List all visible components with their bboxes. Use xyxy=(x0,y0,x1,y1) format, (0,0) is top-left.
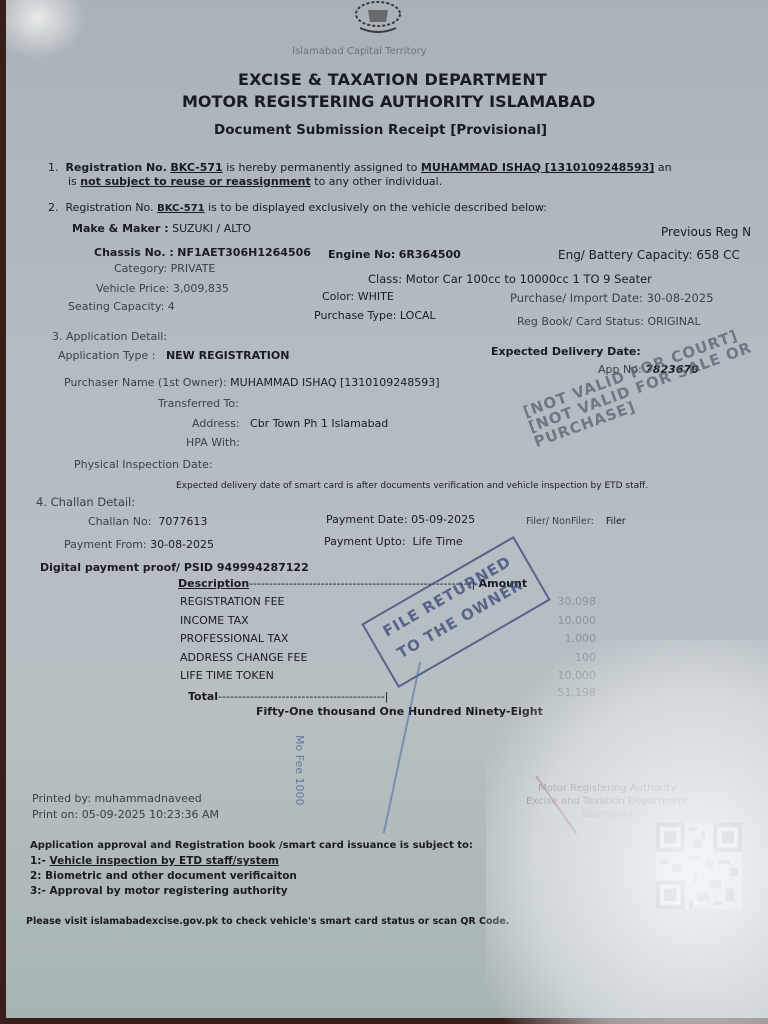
fee-description: LIFE TIME TOKEN xyxy=(180,669,274,682)
value: Cbr Town Ph 1 Islamabad xyxy=(250,417,388,430)
authority-title: MOTOR REGISTERING AUTHORITY ISLAMABAD xyxy=(182,92,595,111)
owner-name: MUHAMMAD ISHAQ [1310109248593] xyxy=(421,161,654,174)
label: Color: xyxy=(322,290,354,303)
engine-field: Engine No: 6R364500 xyxy=(328,248,461,261)
label: Class: xyxy=(368,272,402,286)
application-detail-heading: 3. Application Detail: xyxy=(52,330,167,343)
value: SUZUKI / ALTO xyxy=(172,222,251,235)
hpa-label: HPA With: xyxy=(186,436,240,449)
label: Reg Book/ Card Status: xyxy=(517,315,644,328)
receipt-sheet: Islamabad Capital Territory EXCISE & TAX… xyxy=(6,0,768,1018)
reg-number: BKC-571 xyxy=(170,161,222,174)
value: 4 xyxy=(168,300,175,313)
label: Seating Capacity: xyxy=(68,300,164,313)
value: 05-09-2025 xyxy=(411,513,475,526)
purchaser-field: Purchaser Name (1st Owner): MUHAMMAD ISH… xyxy=(64,376,440,389)
label: Purchase Type: xyxy=(314,309,396,322)
line-tail: an xyxy=(658,161,672,174)
payment-upto-field: Payment Upto: Life Time xyxy=(324,535,463,548)
label: Vehicle Price: xyxy=(96,282,169,295)
fee-amount: 100 xyxy=(536,651,596,664)
condition-item: 3:- Approval by motor registering author… xyxy=(30,885,288,897)
label: Category: xyxy=(114,262,167,275)
label: Payment From: xyxy=(64,538,147,551)
condition-number: 2: xyxy=(30,870,45,882)
value: MUHAMMAD ISHAQ [1310109248593] xyxy=(230,376,439,389)
value: 3,009,835 xyxy=(173,282,229,295)
color-field: Color: WHITE xyxy=(322,290,394,303)
value: Filer xyxy=(606,516,626,527)
document-title: Document Submission Receipt [Provisional… xyxy=(214,122,547,138)
fee-description: ADDRESS CHANGE FEE xyxy=(180,651,307,664)
value: 6R364500 xyxy=(399,248,461,261)
purchase-type-field: Purchase Type: LOCAL xyxy=(314,309,436,322)
photo-glare xyxy=(6,0,86,60)
display-text: is to be displayed exclusively on the ve… xyxy=(208,201,547,214)
description-header: Description xyxy=(178,577,249,590)
label: Chassis No. : xyxy=(94,246,174,259)
address-field: Address: Cbr Town Ph 1 Islamabad xyxy=(192,417,388,430)
value: 7077613 xyxy=(158,515,207,528)
label: Engine No: xyxy=(328,248,395,261)
condition-item: 1:- Vehicle inspection by ETD staff/syst… xyxy=(30,855,279,867)
app-type-field: Application Type : NEW REGISTRATION xyxy=(58,349,289,362)
section1-line2: is not subject to reuse or reassignment … xyxy=(68,175,442,188)
value: NEW REGISTRATION xyxy=(166,349,290,362)
section-number: 1. xyxy=(48,161,59,174)
label: Payment Date: xyxy=(326,513,408,526)
make-field: Make & Maker : SUZUKI / ALTO xyxy=(72,222,251,235)
value: PRIVATE xyxy=(171,262,216,275)
department-title: EXCISE & TAXATION DEPARTMENT xyxy=(238,70,547,89)
handwritten-fee-note: Mo Fee 1000 xyxy=(293,735,306,805)
printed-on: Print on: 05-09-2025 10:23:36 AM xyxy=(32,808,219,821)
import-date-field: Purchase/ Import Date: 30-08-2025 xyxy=(510,291,713,305)
reg-label: Registration No. xyxy=(66,161,167,174)
class-field: Class: Motor Car 100cc to 10000cc 1 TO 9… xyxy=(368,272,652,286)
label: Make & Maker : xyxy=(72,222,169,235)
payment-date-field: Payment Date: 05-09-2025 xyxy=(326,513,475,526)
not-valid-stamp: [NOT VALID FOR COURT] [NOT VALID FOR SAL… xyxy=(521,314,768,450)
file-returned-stamp: FILE RETURNED TO THE OWNER xyxy=(361,536,550,688)
label: Challan No: xyxy=(88,515,151,528)
transferred-label: Transferred To: xyxy=(158,397,239,410)
assigned-text: is hereby permanently assigned to xyxy=(226,161,417,174)
section-number: 2. xyxy=(48,201,59,214)
territory-label: Islamabad Capital Territory xyxy=(292,46,427,57)
seal-line: Motor Registering Authority xyxy=(526,782,688,795)
delivery-date-label: Expected Delivery Date: xyxy=(491,345,641,358)
total-label: Total xyxy=(188,690,218,703)
fee-amount: 1,000 xyxy=(536,632,596,645)
authority-seal: Motor Registering Authority Excise and T… xyxy=(526,782,688,821)
printed-by: Printed by: muhammadnaveed xyxy=(32,792,202,805)
condition-item: 2: Biometric and other document verifica… xyxy=(30,870,297,882)
label: Purchaser Name (1st Owner): xyxy=(64,376,227,389)
value: 658 CC xyxy=(696,248,739,262)
text: is xyxy=(68,175,77,188)
label: Filer/ NonFiler: xyxy=(526,516,594,527)
visit-note: Please visit islamabadexcise.gov.pk to c… xyxy=(26,916,509,927)
reg-label: Registration No. xyxy=(66,201,154,214)
fee-amount: 10,000 xyxy=(536,669,596,682)
reg-number: BKC-571 xyxy=(157,203,205,214)
condition-number: 3:- xyxy=(30,885,50,897)
label: Purchase/ Import Date: xyxy=(510,291,643,305)
conditions-title: Application approval and Registration bo… xyxy=(30,840,473,851)
section1-line1: 1. Registration No. BKC-571 is hereby pe… xyxy=(48,161,672,174)
label: Eng/ Battery Capacity: xyxy=(558,248,693,262)
capacity-field: Eng/ Battery Capacity: 658 CC xyxy=(558,248,740,262)
chassis-field: Chassis No. : NF1AET306H1264506 xyxy=(94,246,311,259)
value: ORIGINAL xyxy=(647,315,700,328)
pen-mark xyxy=(383,662,421,834)
value: Motor Car 100cc to 10000cc 1 TO 9 Seater xyxy=(406,272,652,286)
value: NF1AET306H1264506 xyxy=(177,246,311,259)
qr-code-icon[interactable] xyxy=(656,820,742,912)
label: Address: xyxy=(192,417,240,430)
value: 30-08-2025 xyxy=(647,291,714,305)
challan-detail-heading: 4. Challan Detail: xyxy=(36,495,135,509)
total-row: Total-----------------------------------… xyxy=(188,690,388,703)
payment-from-field: Payment From: 30-08-2025 xyxy=(64,538,214,551)
section2-line: 2. Registration No. BKC-571 is to be dis… xyxy=(48,201,547,214)
label: Payment Upto: xyxy=(324,535,405,548)
fee-description: INCOME TAX xyxy=(180,614,249,627)
government-emblem-icon xyxy=(346,0,410,34)
reuse-warning: not subject to reuse or reassignment xyxy=(80,175,310,188)
filer-field: Filer/ NonFiler: Filer xyxy=(526,516,626,527)
previous-reg-label: Previous Reg N xyxy=(661,225,751,239)
value: WHITE xyxy=(358,290,394,303)
psid-line: Digital payment proof/ PSID 949994287122 xyxy=(40,561,309,574)
total-amount: 51,198 xyxy=(536,686,596,699)
fee-description: REGISTRATION FEE xyxy=(180,595,285,608)
seating-field: Seating Capacity: 4 xyxy=(68,300,175,313)
category-field: Category: PRIVATE xyxy=(114,262,215,275)
condition-text: Vehicle inspection by ETD staff/system xyxy=(50,855,279,867)
price-field: Vehicle Price: 3,009,835 xyxy=(96,282,229,295)
condition-text: Biometric and other document verificaito… xyxy=(45,870,297,882)
delivery-note: Expected delivery date of smart card is … xyxy=(176,481,648,491)
condition-number: 1:- xyxy=(30,855,50,867)
value: Life Time xyxy=(412,535,462,548)
condition-text: Approval by motor registering authority xyxy=(50,885,288,897)
value: LOCAL xyxy=(400,309,436,322)
inspection-date-label: Physical Inspection Date: xyxy=(74,458,213,471)
total-words: Fifty-One thousand One Hundred Ninety-Ei… xyxy=(256,705,543,718)
card-status-field: Reg Book/ Card Status: ORIGINAL xyxy=(517,315,701,328)
label: Application Type : xyxy=(58,349,155,362)
text: to any other individual. xyxy=(314,175,442,188)
fee-amount: 10,000 xyxy=(536,614,596,627)
value: 30-08-2025 xyxy=(150,538,214,551)
fee-description: PROFESSIONAL TAX xyxy=(180,632,288,645)
challan-no-field: Challan No: 7077613 xyxy=(88,515,207,528)
